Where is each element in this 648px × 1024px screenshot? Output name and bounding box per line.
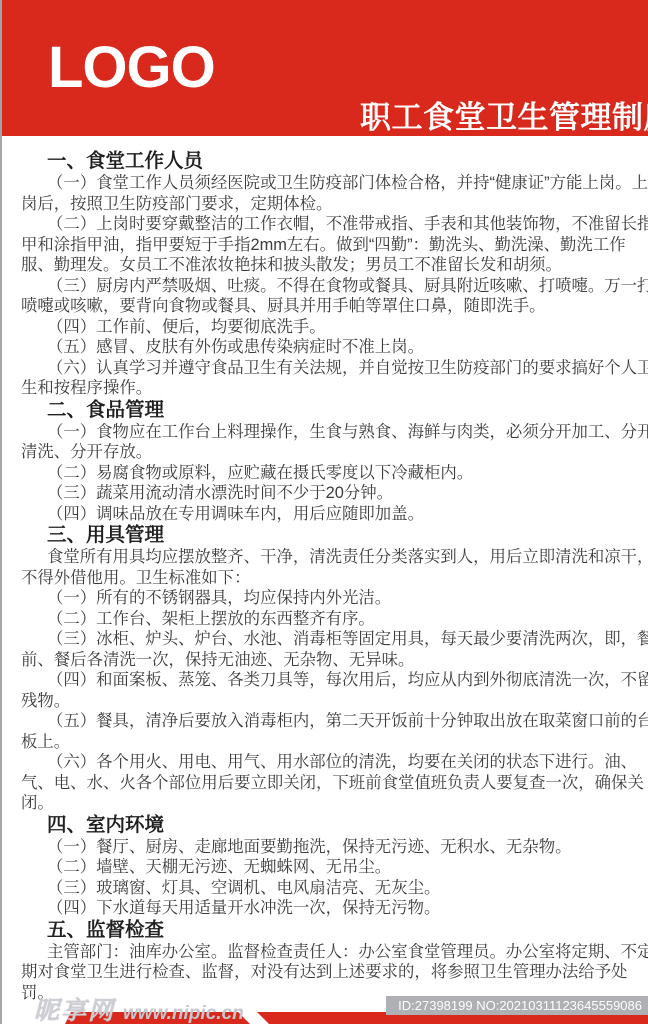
section-heading: 二、食品管理 — [21, 399, 648, 422]
section-heading: 五、监督检查 — [21, 919, 648, 942]
header-band: LOGO 职工食堂卫生管理制度 — [0, 0, 648, 136]
section-item: （四）和面案板、蒸笼、各类刀具等，每次用后，均应从内到外彻底清洗一次，不留残物。 — [21, 670, 648, 711]
section-item: （五）感冒、皮肤有外伤或患传染病症时不准上岗。 — [21, 337, 648, 358]
section-item: （六）各个用火、用电、用气、用水部位的清洗，均要在关闭的状态下进行。油、气、电、… — [21, 752, 648, 814]
section-heading: 四、室内环境 — [21, 814, 648, 837]
section-item: （三）厨房内严禁吸烟、吐痰。不得在食物或餐具、厨具附近咳嗽、打喷嚏。万一打喷嚏或… — [21, 276, 648, 317]
scan-edge-line — [0, 0, 2, 1024]
section-item: （二）易腐食物或原料，应贮藏在摄氏零度以下冷藏柜内。 — [21, 463, 648, 484]
watermark: 昵享网www.nipic.cn — [34, 991, 244, 1024]
section-item: （一）所有的不锈钢器具，均应保持内外光洁。 — [21, 588, 648, 609]
section-item: （二）上岗时要穿戴整洁的工作衣帽，不准带戒指、手表和其他装饰物，不准留长指甲和涂… — [21, 214, 648, 276]
section-item: （四）下水道每天用适量开水冲洗一次，保持无污物。 — [21, 898, 648, 919]
section-item: （三）蔬菜用流动清水漂洗时间不少于20分钟。 — [21, 483, 648, 504]
section-heading: 一、食堂工作人员 — [21, 150, 648, 173]
section-item: （三）玻璃窗、灯具、空调机、电风扇洁亮、无灰尘。 — [21, 878, 648, 899]
section-item: （五）餐具，清净后要放入消毒柜内，第二天开饭前十分钟取出放在取菜窗口前的台板上。 — [21, 711, 648, 752]
section-heading: 三、用具管理 — [21, 524, 648, 547]
watermark-url: www.nipic.cn — [123, 1003, 244, 1024]
section-item: （一）食堂工作人员须经医院或卫生防疫部门体检合格，并持“健康证”方能上岗。上岗后… — [21, 173, 648, 214]
section-item: （一）餐厅、厨房、走廊地面要勤拖洗，保持无污迹、无积水、无杂物。 — [21, 837, 648, 858]
page-title: 职工食堂卫生管理制度 — [360, 92, 648, 137]
section-item: （二）工作台、架柜上摆放的东西整齐有序。 — [21, 609, 648, 630]
poster-page: LOGO 职工食堂卫生管理制度 一、食堂工作人员（一）食堂工作人员须经医院或卫生… — [0, 0, 648, 1024]
section-item: 食堂所有用具均应摆放整齐、干净，清洗责任分类落实到人，用后立即清洗和凉干，不得外… — [21, 547, 648, 588]
document-body: 一、食堂工作人员（一）食堂工作人员须经医院或卫生防疫部门体检合格，并持“健康证”… — [21, 136, 648, 1003]
logo: LOGO — [48, 36, 215, 100]
watermark-site-name: 昵享网 — [34, 997, 115, 1024]
id-badge: ID:27398199 NO:20210311123645559086 — [386, 996, 648, 1015]
section-item: （四）工作前、便后，均要彻底洗手。 — [21, 317, 648, 338]
section-item: （三）冰柜、炉头、炉台、水池、消毒柜等固定用具，每天最少要清洗两次，即，餐前、餐… — [21, 629, 648, 670]
section-item: （二）墙壁、天棚无污迹、无蜘蛛网、无吊尘。 — [21, 857, 648, 878]
section-item: （六）认真学习并遵守食品卫生有关法规，并自觉按卫生防疫部门的要求搞好个人卫生和按… — [21, 358, 648, 399]
section-item: （一）食物应在工作台上料理操作，生食与熟食、海鲜与肉类，必须分开加工、分开清洗、… — [21, 422, 648, 463]
section-item: （四）调味品放在专用调味车内，用后应随即加盖。 — [21, 504, 648, 525]
